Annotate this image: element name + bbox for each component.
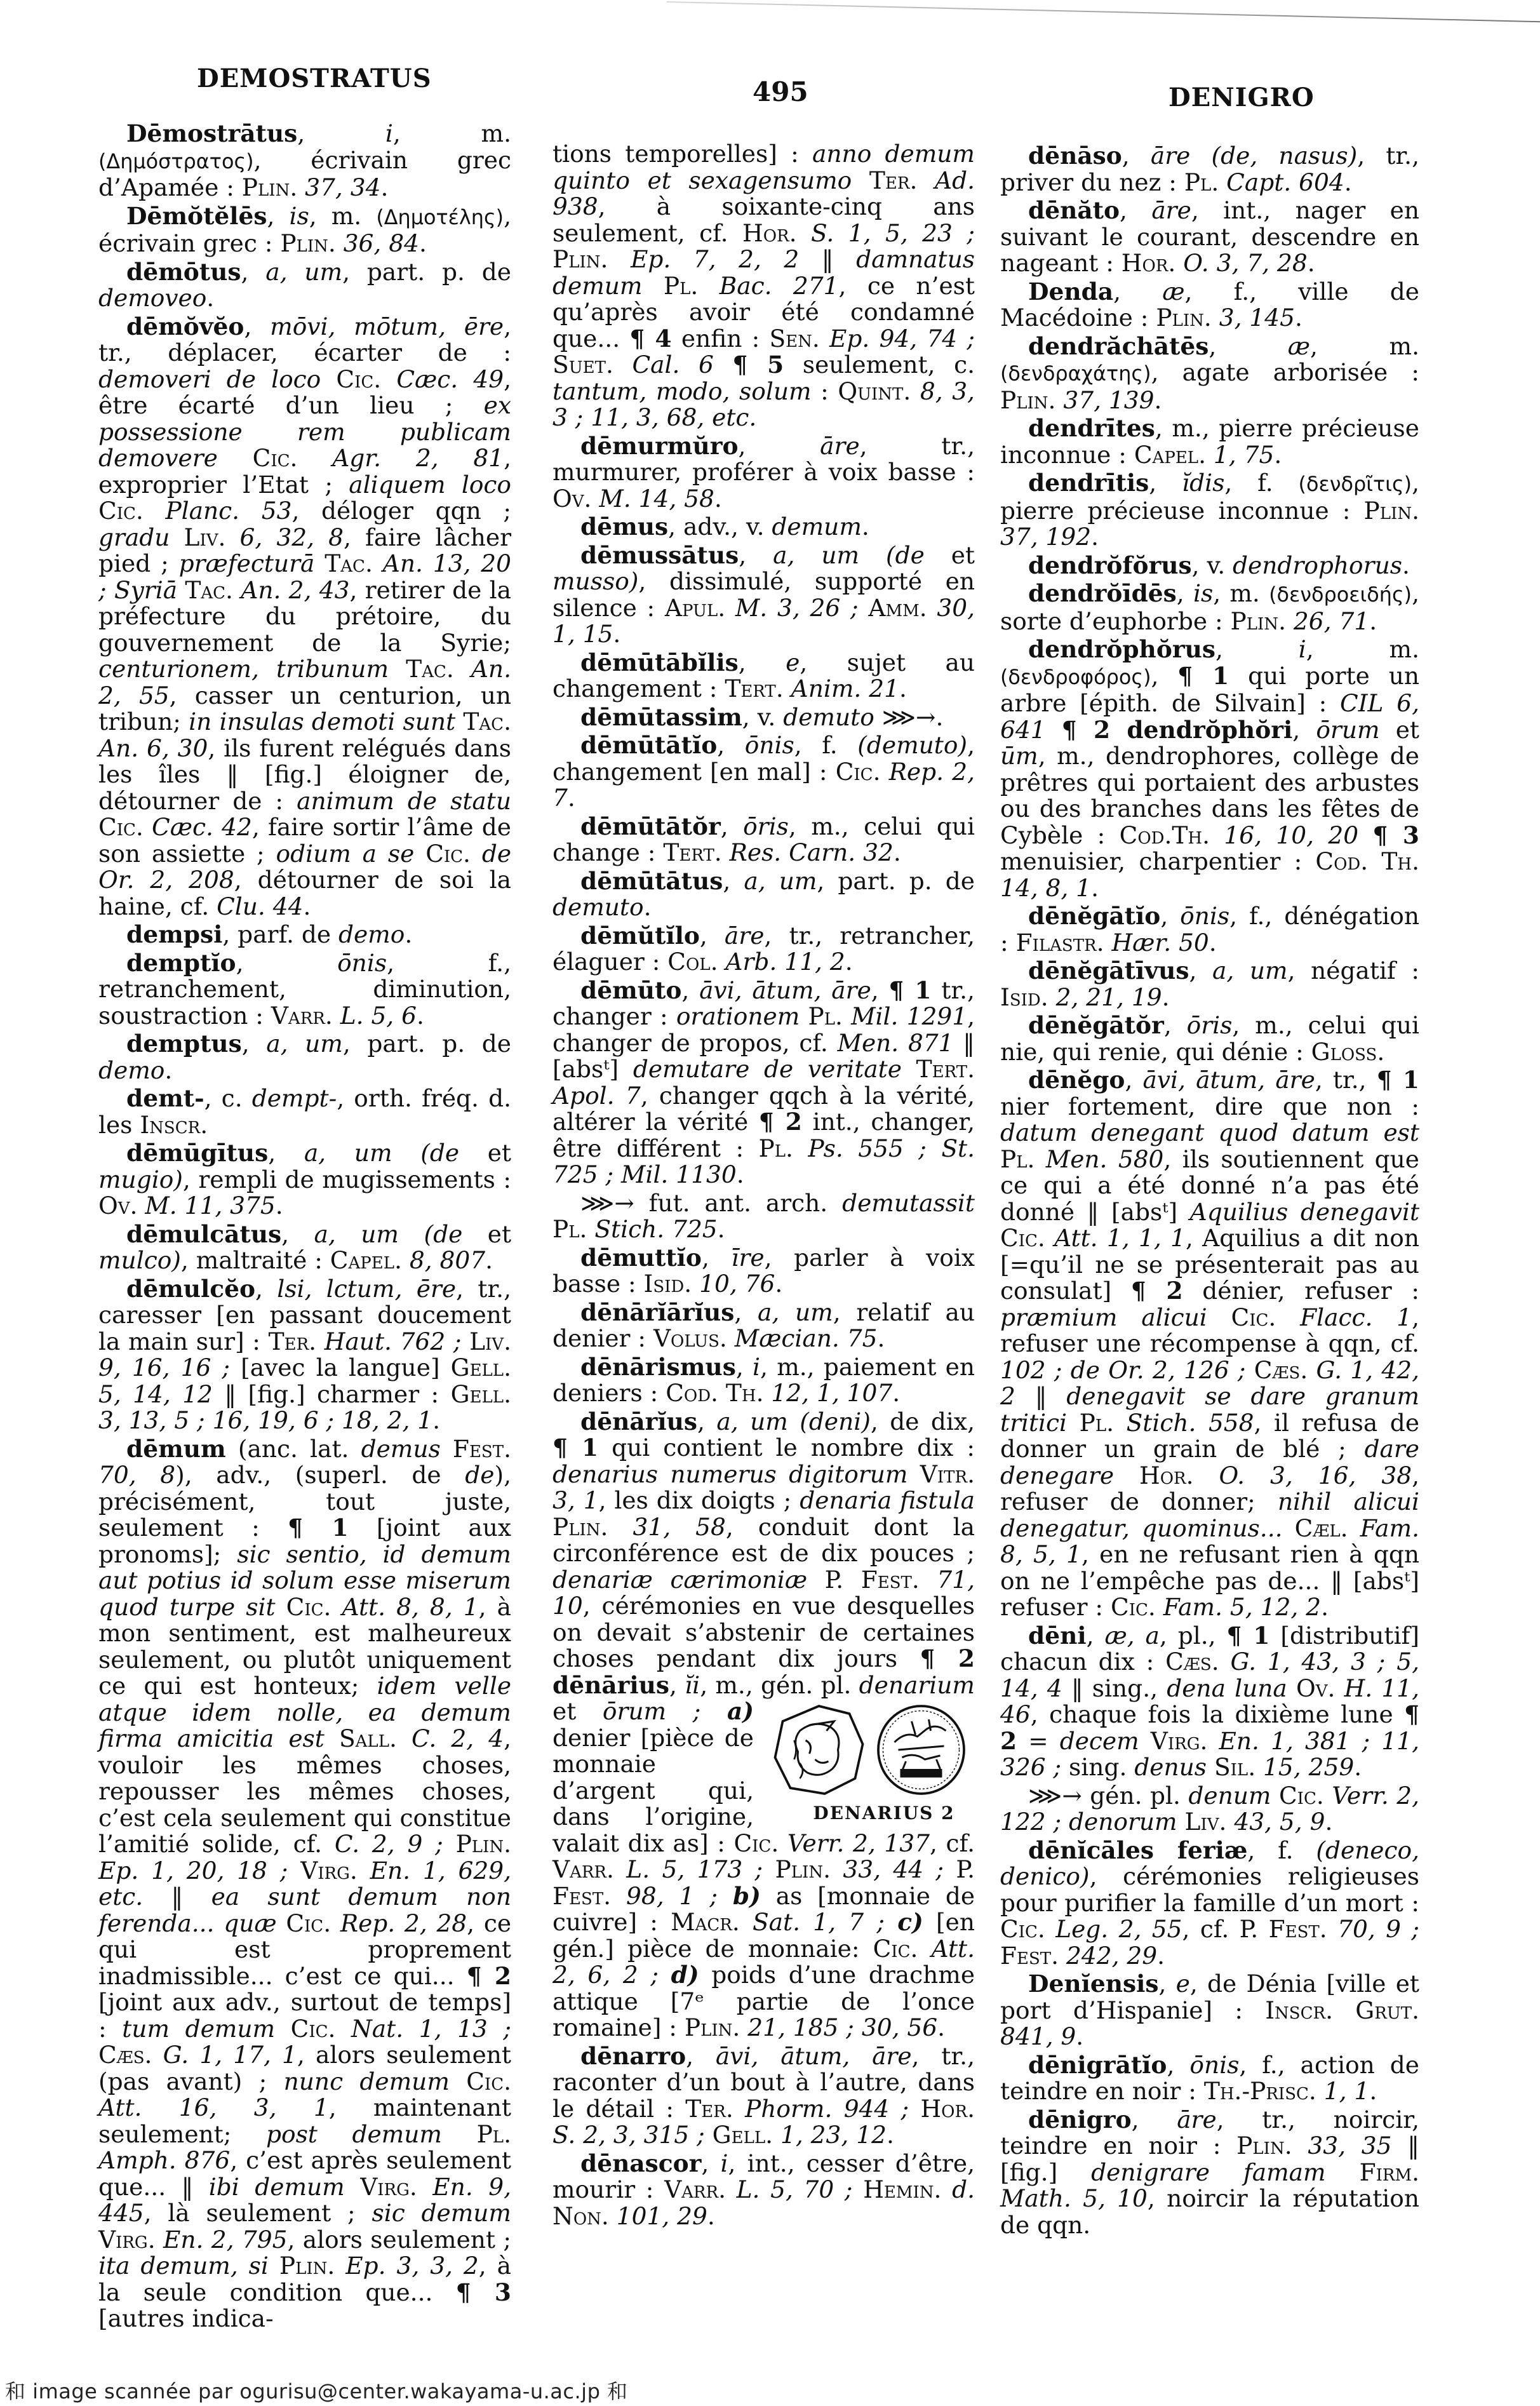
italic-text: 33, 44 ; (843, 1855, 944, 1883)
text: . (714, 838, 730, 866)
text: , (1087, 1622, 1105, 1650)
paragraph-marker: ¶ 1 (288, 1514, 348, 1542)
italic-text: 101, 29 (617, 2202, 707, 2230)
text: . (894, 838, 901, 866)
dictionary-entry: dēni, æ, a, pl., ¶ 1 [distributif] chacu… (1000, 1623, 1419, 1781)
text: . (136, 813, 152, 841)
author-abbrev: Ov (552, 485, 584, 513)
text: . (1278, 607, 1294, 635)
text (314, 549, 325, 577)
paragraph-marker: ¶ 2 (759, 1108, 802, 1136)
author-abbrev: Varr (664, 2175, 718, 2203)
italic-text: āvi, ātum, āre (716, 2042, 912, 2070)
text: . (504, 1830, 511, 1858)
text: . (1051, 1942, 1066, 1970)
italic-text: a, um (deni) (716, 1408, 871, 1435)
dictionary-entry: ⋙→ fut. ant. arch. demutassit Pl. Stich.… (552, 1190, 975, 1243)
italic-text: Ep. 1, 20, 18 ; (98, 1857, 288, 1885)
text: , (1177, 579, 1193, 607)
italic-text: ita demum, si (98, 2252, 269, 2280)
author-abbrev: Fest (453, 1435, 504, 1463)
text: . (419, 229, 427, 257)
text: . (601, 245, 631, 273)
italic-text: Bac. 271 (720, 272, 839, 300)
dictionary-entry: dēnigrātĭo, ōnis, f., action de teindre … (1000, 2052, 1419, 2105)
italic-text: ĭdis (1182, 469, 1224, 497)
author-abbrev: Liv (1185, 1808, 1219, 1836)
italic-text: mōvi, mōtum, ēre (270, 313, 504, 340)
text (461, 1327, 469, 1355)
dictionary-entry: dēmus, adv., v. demum. (552, 514, 975, 541)
text: , cf. (930, 1829, 975, 1857)
author-abbrev: Pl (759, 1134, 786, 1162)
text: . (1198, 441, 1214, 469)
italic-text: āvi, ātum, āre (699, 976, 871, 1004)
italic-text: Amph. 876 (98, 2146, 230, 2174)
italic-text: a, um (266, 1030, 343, 1058)
coin-reverse-icon (872, 1702, 970, 1798)
italic-text: Ep. 3, 3, 2 (345, 2252, 479, 2280)
author-abbrev: Volus (653, 1324, 720, 1352)
italic-text: demutare de veritate (633, 1055, 902, 1083)
text: . (603, 1882, 626, 1910)
text: , maltraité : (181, 1246, 330, 1274)
italic-text: 37, 139 (1063, 386, 1154, 414)
italic-text: 841, 9 (1000, 2022, 1076, 2050)
author-abbrev: Pl (808, 1002, 835, 1030)
text: , déloger qqn ; (291, 497, 511, 525)
text: nier fortement, dire que non : (1000, 1092, 1419, 1120)
text: . (1211, 168, 1226, 196)
text: . (373, 365, 396, 393)
dictionary-entry: demptĭo, ōnis, f., retranchement, diminu… (98, 950, 511, 1030)
text: . (732, 1908, 753, 1936)
text: , (281, 1220, 314, 1248)
italic-text: Aquilius denegavit (1190, 1198, 1419, 1226)
text: . (601, 1513, 633, 1541)
text: . (1076, 2022, 1083, 2050)
text: , (723, 867, 744, 895)
text: . (1219, 1808, 1235, 1836)
italic-text: S. 1, 5, 23 ; (811, 219, 975, 247)
italic-text: Planc. 53 (165, 497, 291, 525)
italic-text: denum (1188, 1782, 1271, 1810)
text (852, 166, 869, 194)
scan-edge-line (667, 1, 1540, 22)
text (1207, 1753, 1214, 1781)
coin-obverse-icon (770, 1702, 868, 1798)
text (909, 2095, 920, 2123)
dictionary-entry: dēnārismus, i, m., paiement en deniers :… (552, 1354, 975, 1407)
text: et (1380, 716, 1419, 744)
italic-text: Nat. 1, 13 ; (351, 2015, 511, 2043)
text: = (1017, 1727, 1060, 1755)
text: . (1268, 1303, 1300, 1331)
dictionary-entry: Dēmŏtĕlēs, is, m. (Δημοτέλης), écrivain … (98, 203, 511, 257)
text: . (732, 2013, 747, 2041)
italic-text: lsi, lctum, ēre (277, 1275, 456, 1303)
italic-text: Leg. 2, 55 (1055, 1915, 1182, 1943)
author-abbrev: Cic (253, 444, 290, 472)
author-abbrev: Fest (1269, 1915, 1320, 1943)
headword: dēnascor (580, 2149, 701, 2177)
author-abbrev: Plin (1364, 497, 1412, 525)
dictionary-entry: dēmūtābĭlis, e, sujet au changement : Te… (552, 650, 975, 702)
italic-text: O. 3, 7, 28 (1183, 249, 1308, 277)
author-abbrev: Amm (868, 594, 919, 622)
text: . (920, 594, 937, 622)
text: . (1091, 523, 1099, 551)
text: , (669, 1671, 685, 1699)
author-abbrev: Tac (185, 576, 225, 604)
author-abbrev: Varr (271, 1002, 325, 1030)
italic-text: Res. Carn. 32 (730, 838, 894, 866)
italic-text: tantum, modo, solum (552, 377, 812, 405)
italic-text: Verr. 2, 137 (787, 1829, 930, 1857)
italic-text: 242, 29 (1066, 1942, 1157, 1970)
headword: dēnĕgo (1028, 1066, 1125, 1094)
italic-text: i (720, 2149, 728, 2177)
text: , (739, 432, 820, 460)
text: , négatif : (1288, 957, 1419, 985)
text: , (236, 949, 338, 977)
italic-text: An. 6, 30 (98, 734, 208, 762)
author-abbrev: Cic (1000, 1224, 1038, 1252)
text: . (485, 1246, 493, 1274)
text: . (389, 1724, 412, 1752)
italic-text: e (1176, 1970, 1190, 1998)
text: . (290, 173, 305, 201)
author-abbrev: Plin (552, 245, 601, 273)
text: , (255, 1275, 277, 1303)
dictionary-entry: Denĭensis, e, de Dénia [ville et port d’… (1000, 1971, 1419, 2050)
paragraph-marker: ¶ 3 (1373, 821, 1419, 849)
author-abbrev: Fest (861, 1566, 912, 1594)
text: . (323, 1909, 340, 1937)
text (276, 1593, 286, 1621)
headword: dēmuttĭo (580, 1244, 702, 1272)
italic-text: demo (338, 920, 405, 948)
author-abbrev: Hor (1139, 1462, 1186, 1489)
italic-text: demo (98, 1056, 164, 1084)
bold-italic-text: d) (671, 1961, 699, 1989)
italic-text: ōris (1187, 1011, 1233, 1039)
italic-text: C. 2, 9 ; (335, 1830, 443, 1858)
text: . (164, 1056, 172, 1084)
text: , (1125, 1066, 1142, 1094)
italic-text: Mil. 1291 (851, 1002, 967, 1030)
text (642, 272, 663, 300)
text: . (1038, 1915, 1055, 1943)
author-abbrev: Pl (1000, 1145, 1028, 1173)
text: . (1325, 1808, 1332, 1836)
italic-text: ōris (743, 812, 789, 840)
text (902, 1055, 916, 1083)
italic-text: āre (de, nasus) (1151, 142, 1357, 170)
text: , f. (1247, 1836, 1316, 1864)
dictionary-entry: dēmŭtĭlo, āre, tr., retrancher, élaguer … (552, 923, 975, 976)
text: , tr., (1315, 1066, 1377, 1094)
paragraph-marker: ¶ 5 (733, 351, 784, 379)
italic-text: æ, a (1104, 1622, 1159, 1650)
text: . (726, 2095, 745, 2123)
text: . (903, 377, 920, 405)
author-abbrev: Cæs (1254, 1356, 1301, 1384)
headword: dempsi (126, 920, 222, 948)
text: , f. (794, 731, 858, 759)
author-abbrev: Sil (1214, 1753, 1248, 1781)
headword: dēmussātus (580, 541, 739, 569)
text: , m. (309, 202, 377, 230)
italic-text: M. 14, 58 (599, 485, 714, 513)
dictionary-entry: dēmuttĭo, īre, parler à voix basse : Isi… (552, 1245, 975, 1298)
text: P. (944, 1855, 975, 1883)
text (1283, 1514, 1295, 1542)
text: , cérémonies en vue desquelles on devait… (552, 1592, 975, 1672)
dictionary-entry: dēnārĭus, a, um (deni), de dix, ¶ 1 qui … (552, 1409, 975, 2041)
dictionary-entry: demptus, a, um, part. p. de demo. (98, 1031, 511, 1084)
italic-text: Att. 1, 1, 1 (1054, 1224, 1186, 1252)
text: . (812, 325, 829, 353)
text: , m. (1213, 579, 1269, 607)
text (443, 1830, 456, 1858)
headword: dēmūtātus (580, 867, 723, 895)
text (1046, 716, 1062, 744)
author-abbrev: Cæl (1295, 1514, 1341, 1542)
italic-text: Att. 8, 8, 1 (342, 1593, 479, 1621)
text: sing. (1061, 1753, 1134, 1781)
text: . (130, 1192, 145, 1220)
italic-text: M. 11, 375 (145, 1192, 275, 1220)
author-abbrev: Virg (98, 2226, 148, 2254)
italic-text: denaria fistula (800, 1486, 975, 1514)
paragraph-marker: ¶ 1 (1226, 1622, 1269, 1650)
text (705, 2121, 713, 2149)
author-abbrev: Pl (664, 272, 691, 300)
text: ‖ sing., (1062, 1674, 1167, 1702)
italic-text: L. 5, 173 ; (626, 1855, 763, 1883)
headword: dēni (1028, 1622, 1087, 1650)
text: . (786, 1134, 808, 1162)
author-abbrev: Cic (1000, 1915, 1038, 1943)
headword: dēnĕgātŏr (1028, 1011, 1164, 1039)
text: . (690, 272, 719, 300)
italic-text: 33, 35 (1308, 2132, 1391, 2160)
italic-text: ōnis (337, 949, 387, 977)
author-abbrev: Suet (552, 351, 606, 379)
dictionary-entry: dendrăchātēs, æ, m. (δενδραχάτης), agate… (1000, 333, 1419, 414)
italic-text: ibi demum (209, 2173, 345, 2201)
italic-text: demutassit (842, 1189, 975, 1217)
dictionary-entry: dēmulcĕo, lsi, lctum, ēre, tr., caresser… (98, 1276, 511, 1434)
italic-text: i (1299, 635, 1306, 663)
text: ‖ (1015, 1382, 1066, 1410)
text: . (350, 1857, 370, 1885)
paragraph-marker: ¶ 1 (1377, 1066, 1419, 1094)
text (325, 1724, 339, 1752)
text: . (1369, 2077, 1377, 2105)
text: ‖ (799, 245, 856, 273)
text: . (1248, 1753, 1263, 1781)
text: . (707, 2202, 715, 2230)
italic-text: æ (1288, 332, 1310, 360)
text: . (1377, 1038, 1384, 1066)
text: . (410, 2173, 432, 2201)
italic-text: nunc demum (284, 2067, 450, 2095)
dictionary-entry: dendrītis, ĭdis, f. (δενδρῖτις), pierre … (1000, 470, 1419, 551)
page-number: 495 (753, 76, 808, 107)
italic-text: præfecturā (179, 549, 315, 577)
italic-text: mugio) (98, 1166, 183, 1193)
text: . (1369, 607, 1377, 635)
italic-text: Haut. 762 ; (325, 1327, 462, 1355)
scan-credit: 和 image scannée par ogurisu@center.wakay… (5, 2376, 628, 2405)
italic-text: demoveri de loco (98, 365, 321, 393)
italic-text: a, um (758, 1298, 833, 1326)
text: . (967, 1460, 975, 1488)
italic-text: a, um (265, 258, 342, 286)
italic-text: S. 2, 3, 315 ; (552, 2121, 705, 2149)
italic-text: Capt. 604 (1226, 168, 1344, 196)
text: , (739, 541, 773, 569)
text: . (1048, 386, 1064, 414)
text: . (1148, 1593, 1163, 1621)
italic-text: Anim. 21 (791, 675, 899, 702)
italic-text: Clu. 44 (217, 892, 303, 920)
author-abbrev: Capel (330, 1246, 394, 1274)
text (441, 1435, 453, 1463)
text: , v. (742, 703, 783, 731)
text: . (1327, 1674, 1344, 1702)
italic-text: Hær. 50 (1111, 929, 1209, 957)
text: et (552, 1697, 603, 1725)
headword: demptĭo (126, 949, 236, 977)
headword: dēnārismus (580, 1353, 736, 1381)
paragraph-marker: ¶ 4 (629, 325, 671, 353)
italic-text: O. 3, 16, 38 (1219, 1462, 1412, 1489)
author-abbrev: Ov (98, 1192, 130, 1220)
text: , (721, 812, 743, 840)
text: . (1412, 1996, 1419, 2024)
text (1271, 1782, 1279, 1810)
italic-text: post demum (266, 2120, 442, 2148)
author-abbrev: Plin (280, 229, 328, 257)
text: , rempli de mugissements : (183, 1166, 511, 1193)
text: . (225, 576, 241, 604)
text: . (789, 219, 811, 247)
text: . (327, 2252, 345, 2280)
italic-text: 37, 192 (1000, 523, 1091, 551)
italic-text: i (753, 1353, 760, 1381)
author-abbrev: Cic (98, 813, 136, 841)
author-abbrev: Ter (869, 166, 910, 194)
italic-text: Cal. 6 (632, 351, 713, 379)
italic-text: Flacc. 1 (1300, 1303, 1412, 1331)
text: . (405, 920, 412, 948)
text: . (873, 758, 889, 786)
author-abbrev: Liv (469, 1327, 504, 1355)
italic-text: 31, 58 (633, 1513, 725, 1541)
dictionary-entry: dēnĕgātīvus, a, um, négatif : Isid. 2, 2… (1000, 958, 1419, 1011)
text (1114, 1462, 1139, 1489)
text: . (1325, 1996, 1355, 2024)
author-abbrev: Cic (466, 2067, 504, 2095)
italic-text: is (1193, 579, 1213, 607)
author-abbrev: Pl (477, 2120, 504, 2148)
italic-text: ōnis (1189, 2051, 1239, 2079)
text: : (812, 377, 838, 405)
text: seulement, c. (784, 351, 975, 379)
dictionary-entry: dēnigro, āre, tr., noircir, teindre en n… (1000, 2107, 1419, 2239)
dictionary-entry: dēmum (anc. lat. demus Fest. 70, 8), adv… (98, 1436, 511, 2332)
italic-text: Agr. 2, 81 (332, 444, 504, 472)
italic-text: ūm (1000, 742, 1038, 770)
text: , (244, 313, 270, 340)
italic-text: demuto (552, 893, 644, 921)
text: . (218, 523, 240, 551)
author-abbrev: Cod. Th (1315, 847, 1412, 875)
text (1358, 821, 1372, 849)
author-abbrev: Plin (456, 1830, 504, 1858)
author-abbrev: Cic (291, 2015, 328, 2043)
text: ), adv., (superl. de (175, 1461, 465, 1489)
author-abbrev: Plin (1236, 2132, 1285, 2160)
italic-text: 1, 75 (1214, 441, 1274, 469)
text: , (734, 1298, 758, 1326)
italic-text: Rep. 2, 28 (340, 1909, 467, 1937)
italic-text: centurionem, tribunum (98, 655, 389, 683)
headword: dēnigrātĭo (1028, 2051, 1167, 2079)
italic-text: odium a se (276, 840, 415, 868)
headword: dēnĕgātĭo (1028, 902, 1160, 930)
text (718, 1882, 733, 1910)
italic-text: denarius numerus digitorum (552, 1460, 907, 1488)
text (700, 1697, 727, 1725)
italic-text: orationem (676, 1002, 800, 1030)
italic-text: āre (1177, 2106, 1216, 2134)
author-abbrev: Fest (1000, 1942, 1051, 1970)
text: . (1168, 249, 1183, 277)
text: ‖ [fig.] charmer : (213, 1380, 451, 1408)
text: . (276, 1192, 283, 1220)
text: , part. p. de (342, 258, 511, 286)
text: . (862, 513, 869, 541)
text: . (909, 166, 935, 194)
italic-text: ōrum (1316, 716, 1379, 744)
author-abbrev: Plin (685, 2013, 733, 2041)
headword: demt- (126, 1084, 204, 1112)
italic-text: M. 3, 26 ; (735, 594, 859, 622)
dictionary-entry: dēnāso, āre (de, nasus), tr., priver du … (1000, 143, 1419, 196)
italic-text: denariæ cærimoniæ (552, 1566, 807, 1594)
bold-italic-text: a) (727, 1697, 754, 1725)
italic-text: 70, 9 ; (1337, 1915, 1419, 1943)
text (885, 1908, 897, 1936)
text: . (290, 444, 333, 472)
text: qui contient le nombre dix : (598, 1434, 975, 1462)
text: . (1295, 304, 1302, 332)
column-2: tions temporelles] : anno demum quinto e… (552, 141, 975, 2231)
text: . (325, 1002, 340, 1030)
headword: dēnĭcāles feriæ (1028, 1836, 1247, 1864)
text: . (1157, 1942, 1165, 1970)
author-abbrev: Inscr (140, 1111, 200, 1139)
dictionary-entry: dēmulcātus, a, um (de et mulco), maltrai… (98, 1221, 511, 1274)
text (1067, 1409, 1080, 1437)
figure-caption: DENARIUS 2 (765, 1800, 975, 1827)
italic-text: 1, 1 (1324, 2077, 1370, 2105)
author-abbrev: Hor (742, 219, 789, 247)
